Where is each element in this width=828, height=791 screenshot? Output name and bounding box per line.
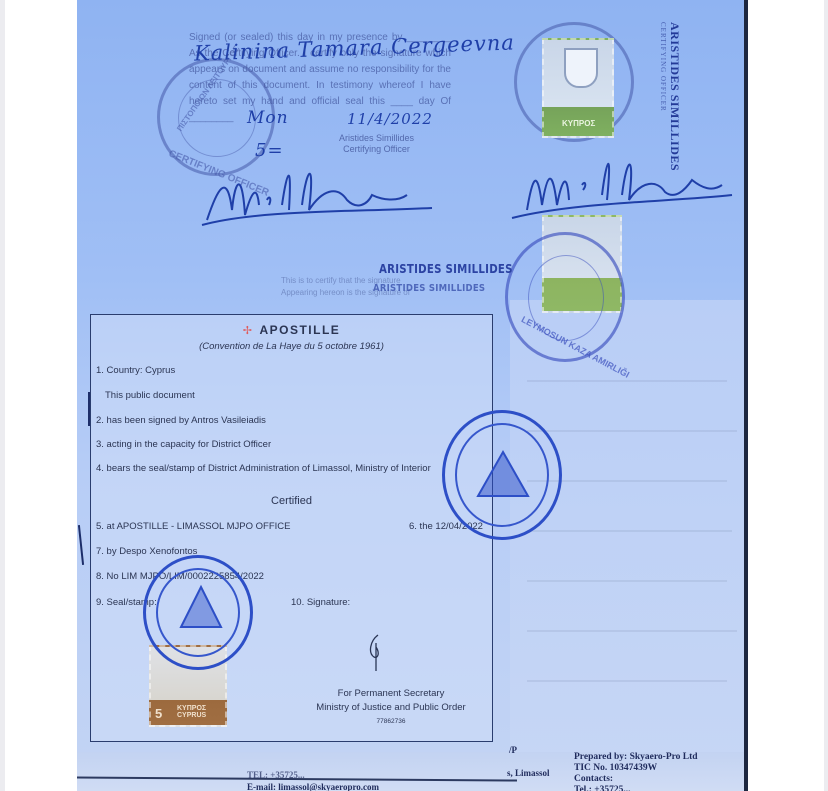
item-by: 7. by Despo Xenofontos bbox=[96, 546, 197, 557]
stamp-label: KYΠΡΟΣ bbox=[562, 119, 595, 128]
apostille-title: ✢APOSTILLE bbox=[91, 323, 492, 337]
item-capacity: 3. acting in the capacity for District O… bbox=[96, 439, 271, 450]
item-signed-by: 2. has been signed by Antros Vasileiadis bbox=[96, 415, 266, 426]
dove-emblem-icon bbox=[564, 48, 598, 88]
footer-fragment-bottom: s, Limassol bbox=[507, 768, 550, 778]
footer-fragment-top: /P bbox=[509, 745, 517, 755]
item-seal-of: 4. bears the seal/stamp of District Admi… bbox=[96, 463, 431, 474]
certified-heading: Certified bbox=[91, 495, 492, 507]
viewer-left-edge bbox=[0, 0, 5, 791]
handwritten-date: 11/4/2022 bbox=[347, 110, 433, 128]
item-signature: 10. Signature: bbox=[291, 597, 350, 608]
apostille-subtitle: (Convention de La Haye du 5 octobre 1961… bbox=[91, 341, 492, 352]
handwritten-day: Mon bbox=[247, 108, 289, 128]
signature-apostille bbox=[366, 633, 386, 673]
document-photo: ΠΙΣΤΟΠΟΙΩΝ ΛΕΙΤΟΥΡΓΟΣ CERTIFYING OFFICER… bbox=[77, 0, 748, 791]
ministry-seal-right bbox=[442, 410, 562, 540]
name-stamp-faded: ARISTIDES SIMILLIDES bbox=[373, 283, 485, 294]
revenue-stamp-top: KYΠΡΟΣ bbox=[542, 38, 614, 138]
margin-mark-1 bbox=[88, 392, 90, 426]
signature-right bbox=[507, 140, 737, 220]
item-at: 5. at APOSTILLE - LIMASSOL MJPO OFFICE bbox=[96, 521, 290, 532]
photo-right-edge bbox=[744, 0, 748, 791]
signature-block: For Permanent Secretary Ministry of Just… bbox=[301, 687, 481, 729]
prepared-by-block: Prepared by: Skyaero-Pro Ltd TIC No. 103… bbox=[574, 752, 698, 791]
stamp-label-bottom: KYΠΡΟΣ CYPRUS bbox=[177, 705, 225, 719]
footer-tel-left: TEL: +35725... bbox=[247, 770, 305, 780]
viewer-right-edge bbox=[824, 0, 828, 791]
apostille-certificate: ✢APOSTILLE (Convention de La Haye du 5 o… bbox=[90, 314, 493, 742]
ministry-seal-bottom bbox=[143, 555, 253, 670]
stamp-value: 5 bbox=[155, 706, 162, 721]
item-country: 1. Country: Cyprus bbox=[96, 365, 175, 376]
name-stamp: ARISTIDES SIMILLIDES bbox=[379, 262, 513, 276]
cross-icon: ✢ bbox=[243, 325, 254, 337]
item-public-document: This public document bbox=[105, 390, 195, 401]
signer-name: Aristides Simillides bbox=[339, 133, 414, 144]
footer-email: E-mail: limassol@skyaeropro.com bbox=[247, 782, 379, 791]
signature-left bbox=[197, 150, 437, 230]
margin-mark-2 bbox=[78, 525, 84, 565]
